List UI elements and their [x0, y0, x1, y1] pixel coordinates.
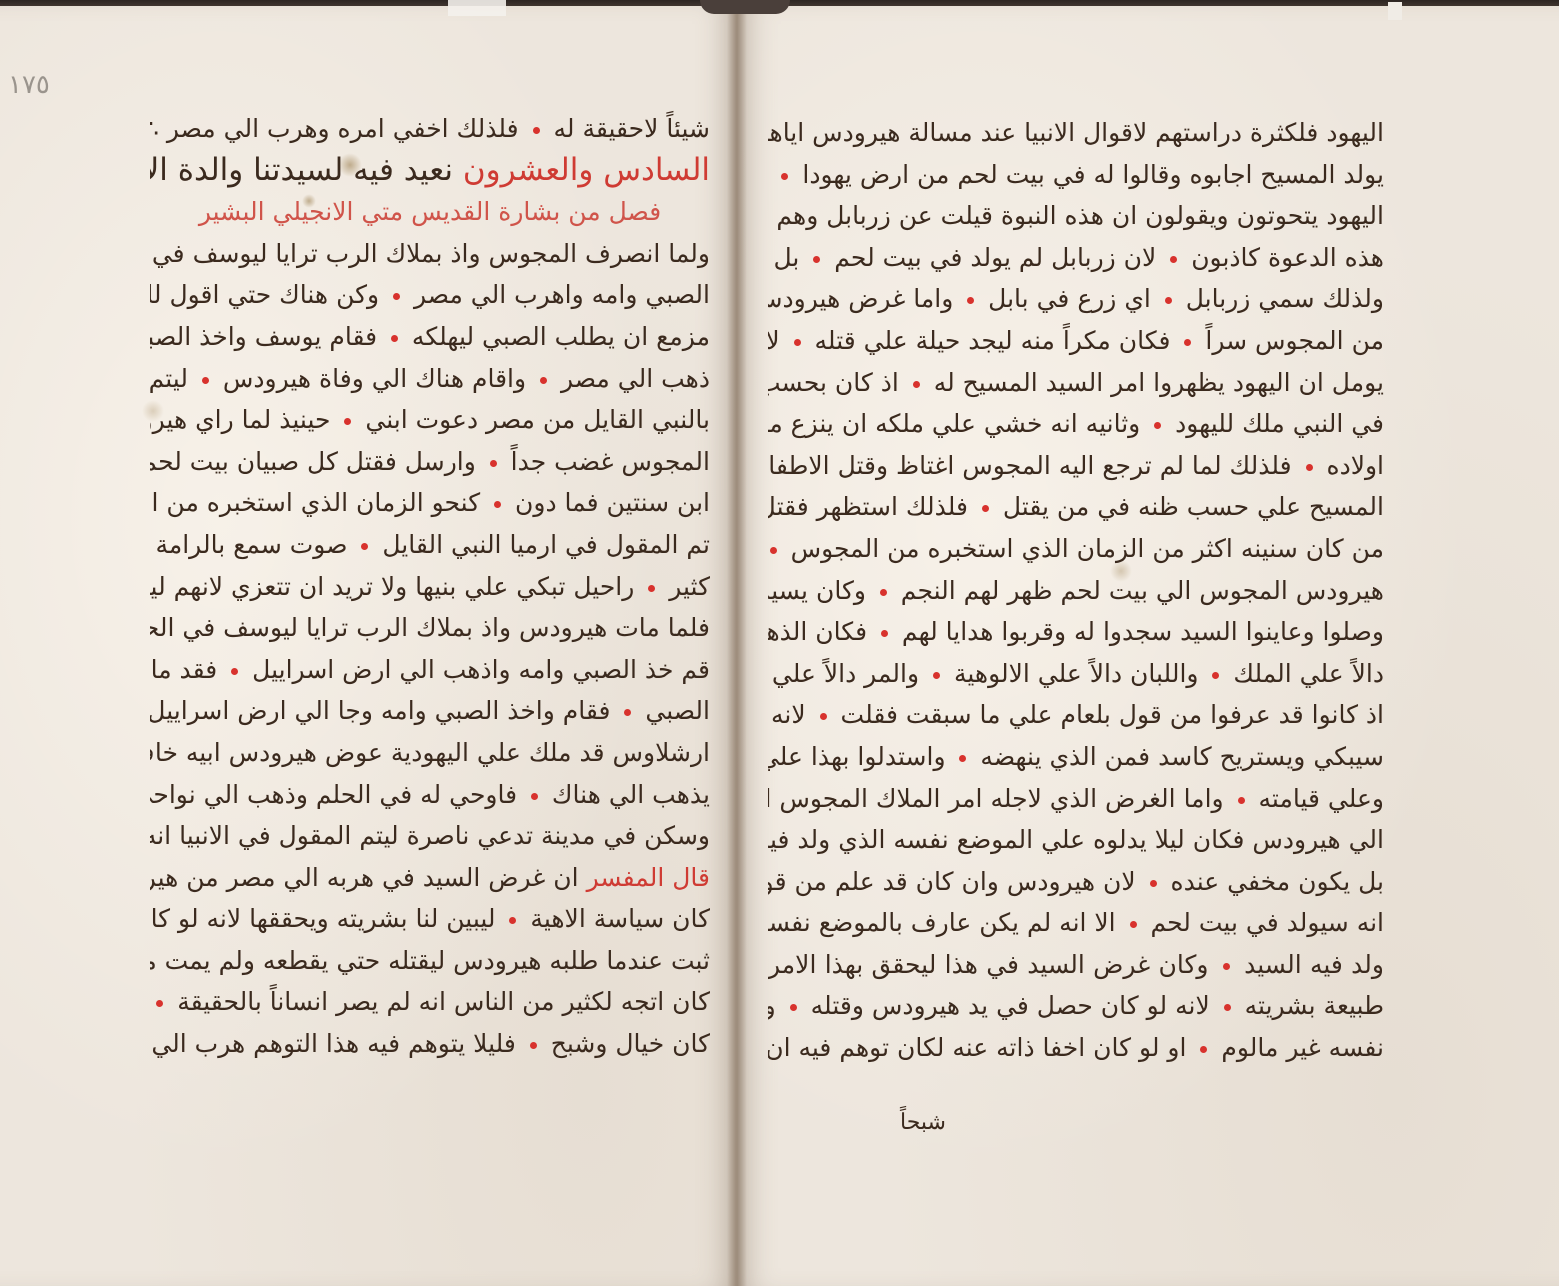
text-line: ارشلاوس قد ملك علي اليهودية عوض هيرودس ا… — [150, 732, 710, 774]
punctuation-dot — [533, 127, 540, 134]
commentary-line: قال المفسر ان غرض السيد في هربه الي مصر … — [150, 857, 710, 899]
heading-red-part: السادس والعشرون — [463, 152, 710, 188]
text-line: شيئاً لاحقيقة له فلذلك اخفي امره وهرب ال… — [150, 108, 710, 150]
spine-cap — [700, 0, 790, 14]
punctuation-dot — [794, 339, 801, 346]
text-line: وصلوا وعاينوا السيد سجدوا له وقربوا هداي… — [768, 611, 1384, 653]
text-line: ولد فيه السيد وكان غرض السيد في هذا ليحق… — [768, 944, 1384, 986]
paper-tab-marker — [448, 0, 506, 16]
punctuation-dot — [1223, 963, 1230, 970]
text-line: كان خيال وشبح فليلا يتوهم فيه هذا التوهم… — [150, 1023, 710, 1065]
punctuation-dot — [1238, 797, 1245, 804]
text-line: كان سياسة الاهية ليبين لنا بشريته ويحققه… — [150, 898, 710, 940]
punctuation-dot — [959, 755, 966, 762]
text-line: بالنبي القايل من مصر دعوت ابني حينيذ لما… — [150, 399, 710, 441]
punctuation-dot — [391, 335, 398, 342]
punctuation-dot — [530, 1042, 537, 1049]
text-line: ابن سنتين فما دون كنحو الزمان الذي استخب… — [150, 482, 710, 524]
text-line: كان اتجه لكثير من الناس انه لم يصر انسان… — [150, 981, 710, 1023]
punctuation-dot — [967, 297, 974, 304]
text-line: يومل ان اليهود يظهروا امر السيد المسيح ل… — [768, 362, 1384, 404]
punctuation-dot — [490, 460, 497, 467]
text-line: يذهب الي هناك فاوحي له في الحلم وذهب الي… — [150, 774, 710, 816]
punctuation-dot — [820, 713, 827, 720]
text-line: انه سيولد في بيت لحم الا انه لم يكن عارف… — [768, 902, 1384, 944]
text-line: سيبكي ويستريح كاسد فمن الذي ينهضه واستدل… — [768, 736, 1384, 778]
text-line: ولذلك سمي زربابل اي زرع في بابل واما غرض… — [768, 278, 1384, 320]
punctuation-dot — [344, 418, 351, 425]
text-line: مزمع ان يطلب الصبي ليهلكه فقام يوسف واخذ… — [150, 316, 710, 358]
punctuation-dot — [1212, 672, 1219, 679]
text-line: ولما انصرف المجوس واذ بملاك الرب ترايا ل… — [150, 233, 710, 275]
punctuation-dot — [1224, 1004, 1231, 1011]
text-line: وسكن في مدينة تدعي ناصرة ليتم المقول في … — [150, 815, 710, 857]
text-line: الصبي فقام واخذ الصبي وامه وجا الي ارض ا… — [150, 690, 710, 732]
punctuation-dot — [933, 672, 940, 679]
punctuation-dot — [531, 793, 538, 800]
text-line: الي هيرودس فكان ليلا يدلوه علي الموضع نف… — [768, 819, 1384, 861]
punctuation-dot — [509, 917, 516, 924]
punctuation-dot — [231, 668, 238, 675]
text-line: هيرودس المجوس الي بيت لحم ظهر لهم النجم … — [768, 570, 1384, 612]
punctuation-dot — [790, 1004, 797, 1011]
catchword: شبحاً — [900, 1110, 946, 1135]
right-page-text: اليهود فلكثرة دراستهم لاقوال الانبيا عند… — [768, 112, 1384, 1069]
left-page-text: شيئاً لاحقيقة له فلذلك اخفي امره وهرب ال… — [150, 108, 710, 1065]
punctuation-dot — [1306, 464, 1313, 471]
text-line: المسيح علي حسب ظنه في من يقتل فلذلك استظ… — [768, 486, 1384, 528]
punctuation-dot — [781, 173, 788, 180]
punctuation-dot — [1200, 1046, 1207, 1053]
punctuation-dot — [1150, 880, 1157, 887]
text-line: قم خذ الصبي وامه واذهب الي ارض اسراييل ف… — [150, 649, 710, 691]
text-line: في النبي ملك لليهود وثانيه انه خشي علي م… — [768, 403, 1384, 445]
text-line: اليهود يتحوتون ويقولون ان هذه النبوة قيل… — [768, 195, 1384, 237]
text-line: فلما مات هيرودس واذ بملاك الرب ترايا ليو… — [150, 607, 710, 649]
punctuation-dot — [624, 709, 631, 716]
commentary-text: ان غرض السيد في هربه الي مصر من هيرودس — [150, 863, 579, 892]
punctuation-dot — [648, 585, 655, 592]
punctuation-dot — [881, 630, 888, 637]
text-line: اولاده فلذلك لما لم ترجع اليه المجوس اغت… — [768, 445, 1384, 487]
section-heading: السادس والعشرون نعيد فيه لسيدتنا والدة ا… — [150, 150, 710, 192]
text-line: من كان سنينه اكثر من الزمان الذي استخبره… — [768, 528, 1384, 570]
punctuation-dot — [880, 589, 887, 596]
text-line: دالاً علي الملك واللبان دالاً علي الالوه… — [768, 653, 1384, 695]
text-line: اذ كانوا قد عرفوا من قول بلعام علي ما سب… — [768, 694, 1384, 736]
punctuation-dot — [1154, 422, 1161, 429]
text-line: هذه الدعوة كاذبون لان زربابل لم يولد في … — [768, 237, 1384, 279]
text-line: من المجوس سراً فكان مكراً منه ليجد حيلة … — [768, 320, 1384, 362]
text-line: يولد المسيح اجابوه وقالوا له في بيت لحم … — [768, 154, 1384, 196]
rubric-line: فصل من بشارة القديس متي الانجيلي البشير — [150, 191, 710, 233]
text-line: وعلي قيامته واما الغرض الذي لاجله امر ال… — [768, 778, 1384, 820]
text-line: اليهود فلكثرة دراستهم لاقوال الانبيا عند… — [768, 112, 1384, 154]
folio-number: ١٧٥ — [8, 70, 50, 100]
punctuation-dot — [540, 377, 547, 384]
text-line: الصبي وامه واهرب الي مصر وكن هناك حتي اق… — [150, 274, 710, 316]
punctuation-dot — [1130, 921, 1137, 928]
punctuation-dot — [913, 381, 920, 388]
punctuation-dot — [770, 547, 777, 554]
text-line: تم المقول في ارميا النبي القايل صوت سمع … — [150, 524, 710, 566]
punctuation-dot — [1170, 256, 1177, 263]
punctuation-dot — [982, 505, 989, 512]
text-line: بل يكون مخفي عنده لان هيرودس وان كان قد … — [768, 861, 1384, 903]
punctuation-dot — [813, 256, 820, 263]
paper-tab-marker-right — [1388, 2, 1402, 20]
text-line: كثير راحيل تبكي علي بنيها ولا تريد ان تت… — [150, 566, 710, 608]
book-gutter — [727, 6, 747, 1286]
punctuation-dot — [156, 1000, 163, 1007]
punctuation-dot — [1184, 339, 1191, 346]
punctuation-dot — [202, 377, 209, 384]
punctuation-dot — [1165, 297, 1172, 304]
text-line: المجوس غضب جداً وارسل فقتل كل صبيان بيت … — [150, 441, 710, 483]
punctuation-dot — [393, 293, 400, 300]
commentator-rubric: قال المفسر — [587, 863, 710, 892]
text-line: طبيعة بشريته لانه لو كان حصل في يد هيرود… — [768, 985, 1384, 1027]
heading-black-part: نعيد فيه لسيدتنا والدة الاله ∴ — [150, 152, 453, 188]
text-line: ثبت عندما طلبه هيرودس ليقتله حتي يقطعه و… — [150, 940, 710, 982]
text-line: نفسه غير مالوم او لو كان اخفا ذاته عنه ل… — [768, 1027, 1384, 1069]
punctuation-dot — [494, 501, 501, 508]
text-line: ذهب الي مصر واقام هناك الي وفاة هيرودس ل… — [150, 358, 710, 400]
punctuation-dot — [361, 543, 368, 550]
